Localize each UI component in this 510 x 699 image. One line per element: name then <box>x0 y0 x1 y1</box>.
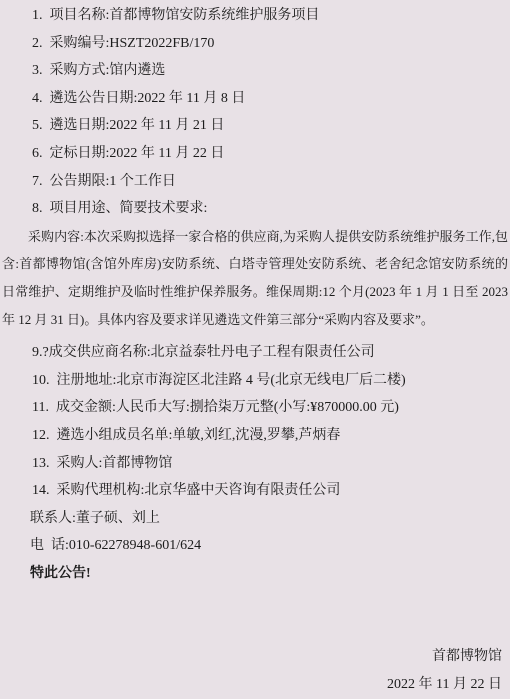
closing-statement: 特此公告! <box>2 560 508 588</box>
list-item-award-amount: 11. 成交金额:人民币大写:捌拾柒万元整(小写:¥870000.00 元) <box>2 394 508 422</box>
contact-person-line: 联系人:董子硕、刘上 <box>2 505 508 533</box>
list-item-award-date: 6. 定标日期:2022 年 11 月 22 日 <box>2 140 508 168</box>
announcement-document: 1. 项目名称:首都博物馆安防系统维护服务项目 2. 采购编号:HSZT2022… <box>0 0 510 699</box>
list-item-procurement-agency: 14. 采购代理机构:北京华盛中天咨询有限责任公司 <box>2 477 508 505</box>
phone-line: 电 话:010-62278948-601/624 <box>2 532 508 560</box>
list-item-notice-period: 7. 公告期限:1 个工作日 <box>2 168 508 196</box>
list-item-selection-date: 5. 遴选日期:2022 年 11 月 21 日 <box>2 112 508 140</box>
signature-org: 首都博物馆 <box>2 643 508 671</box>
list-item-selection-panel: 12. 遴选小组成员名单:单敏,刘红,沈漫,罗攀,芦炳春 <box>2 422 508 450</box>
list-item-procurement-method: 3. 采购方式:馆内遴选 <box>2 57 508 85</box>
list-item-announce-date: 4. 遴选公告日期:2022 年 11 月 8 日 <box>2 85 508 113</box>
blank-space <box>2 587 508 643</box>
list-item-winning-supplier: 9.?成交供应商名称:北京益泰牡丹电子工程有限责任公司 <box>2 339 508 367</box>
list-item-procurement-no: 2. 采购编号:HSZT2022FB/170 <box>2 30 508 58</box>
list-item-project-name: 1. 项目名称:首都博物馆安防系统维护服务项目 <box>2 2 508 30</box>
list-item-purchaser: 13. 采购人:首都博物馆 <box>2 450 508 478</box>
signature-date: 2022 年 11 月 22 日 <box>2 671 508 699</box>
list-item-registered-address: 10. 注册地址:北京市海淀区北洼路 4 号(北京无线电厂后二楼) <box>2 367 508 395</box>
procurement-content-paragraph: 采购内容:本次采购拟选择一家合格的供应商,为采购人提供安防系统维护服务工作,包含… <box>2 223 508 333</box>
list-item-tech-requirements: 8. 项目用途、简要技术要求: <box>2 195 508 223</box>
